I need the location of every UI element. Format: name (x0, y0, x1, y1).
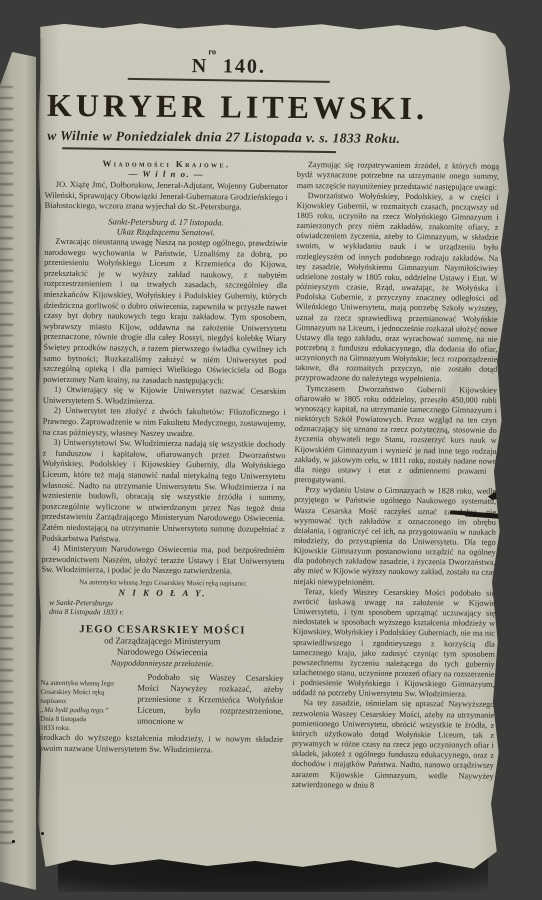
issue-prefix: N (192, 55, 209, 77)
masthead: Nro 140. KURYER LITEWSKI. w Wilnie w Pon… (45, 46, 500, 153)
margin-note: Na autentyku własną Jego Cesarskiey Mośc… (40, 671, 131, 734)
left-column: Wiadomości Krajowe. — W i l n o. — JO. X… (40, 158, 288, 756)
ink-dot (12, 840, 15, 843)
body-columns: Wiadomości Krajowe. — W i l n o. — JO. X… (40, 158, 499, 792)
paragraph-report-opening-cont: środkach do wyższego kształcenia młodzie… (40, 733, 283, 756)
paragraph: Na tey zasadzie, ośmielam się upraszać N… (292, 698, 495, 791)
decree-item-1: 1) Otwierający się w Kijowie Uniwersytet… (43, 385, 286, 408)
autograph-date: dnia 8 Listopada 1833 r. (49, 607, 284, 618)
page-content: Nro 140. KURYER LITEWSKI. w Wilnie w Pon… (30, 20, 513, 792)
paragraph: Zaymując się rozpatrywaniem źrzódeł, z k… (297, 160, 499, 192)
issue-number: Nro 140. (46, 46, 500, 81)
paragraph: Tymczasem Dworzaństwo Gubernii Kijowskie… (294, 384, 497, 487)
newspaper-page: Nro 140. KURYER LITEWSKI. w Wilnie w Pon… (36, 20, 512, 872)
issue-superscript: ro (208, 47, 216, 56)
report-subheading-3: Naypoddannieysze przełożenie. (41, 658, 284, 670)
wilno-subheader: — W i l n o. — (45, 168, 288, 180)
paragraph-decree-intro: Zwracając nieustanną uwagę Naszą na post… (43, 237, 287, 387)
margin-note-text: Na autentyku własną Jego Cesarskiey Mośc… (40, 679, 130, 707)
issue-value: 140. (223, 55, 266, 77)
decree-item-2: 2) Uniwersytet ten złożyć z dwóch fakult… (43, 406, 286, 440)
paragraph: Teraz, kiedy Waszey Cesarskiey Mości pod… (292, 587, 495, 700)
paragraph-report-opening: Podobało się Waszey Cesarskiey Mości Nay… (137, 672, 284, 735)
report-opening-block: Na autentyku własną Jego Cesarskiey Mośc… (40, 671, 284, 735)
dateline: w Wilnie w Poniedzialek dnia 27 Listopad… (45, 127, 499, 147)
ink-dot (41, 832, 44, 835)
rule-under-dateline (62, 147, 336, 152)
report-subheading-2: Narodowego Oświecenia (41, 646, 284, 659)
decree-item-3: 3) Uniwersytetowi Sw. Włodzimierza nadaj… (42, 438, 286, 546)
scanned-newspaper: Nro 140. KURYER LITEWSKI. w Wilnie w Pon… (0, 0, 542, 900)
paragraph: Przy wydaniu Ustaw o Gimnazyach w 1828 r… (293, 485, 496, 588)
decree-item-4: 4) Ministeryum Narodowego Oświecenia ma,… (41, 544, 284, 578)
paragraph: Dworzaństwo Wołyńskiey, Podolskiey, a w … (295, 191, 499, 386)
paragraph-wilno: JO. Xiążę Jmć, Dołhorukow, Jenerał-Adjut… (45, 180, 288, 214)
adjacent-page-edge (0, 52, 36, 890)
newspaper-title: KURYER LITEWSKI. (45, 86, 499, 126)
right-column: Zaymując się rozpatrywaniem źrzódeł, z k… (292, 160, 499, 791)
adjacent-page-text-sliver (0, 82, 13, 852)
